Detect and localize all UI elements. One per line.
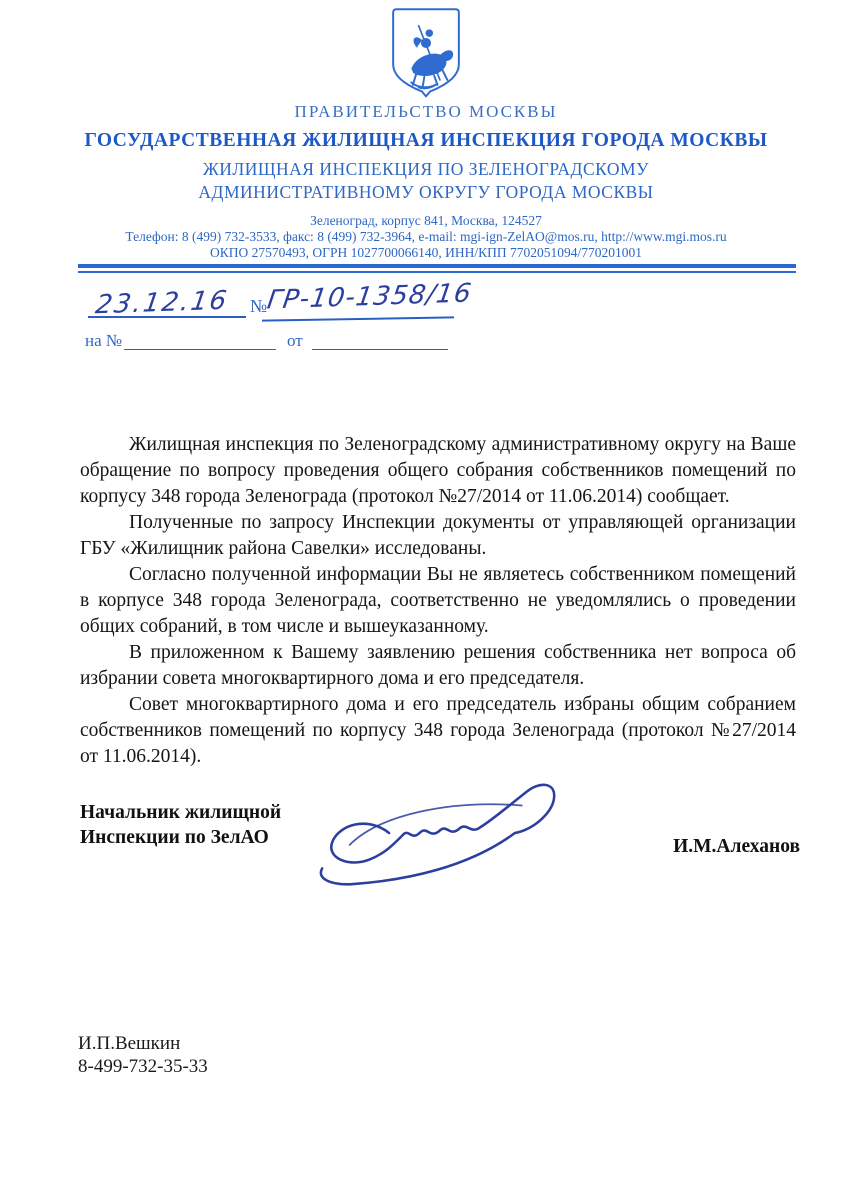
executor-name: И.П.Вешкин	[78, 1032, 208, 1055]
paragraph-5: Совет многоквартирного дома и его предсе…	[80, 692, 796, 770]
number-underline	[262, 316, 454, 321]
reply-number-blank-line	[124, 349, 276, 350]
organization-name: ГОСУДАРСТВЕННАЯ ЖИЛИЩНАЯ ИНСПЕКЦИЯ ГОРОД…	[0, 130, 852, 152]
moscow-coat-of-arms-icon	[384, 6, 468, 98]
date-underline	[88, 316, 246, 318]
paragraph-4: В приложенном к Вашему заявлению решения…	[80, 640, 796, 692]
handwritten-outgoing-number: ГР-10-1358/16	[265, 278, 473, 315]
reply-to-number-label: на №	[85, 331, 122, 351]
signature-block: Начальник жилищной Инспекции по ЗелАО И.…	[80, 800, 800, 910]
letterhead: ПРАВИТЕЛЬСТВО МОСКВЫ ГОСУДАРСТВЕННАЯ ЖИЛ…	[0, 6, 852, 261]
executor-phone: 8-499-732-35-33	[78, 1055, 208, 1078]
org-registration-codes: ОКПО 27570493, ОГРН 1027700066140, ИНН/К…	[0, 245, 852, 261]
paragraph-1: Жилищная инспекция по Зеленоградскому ад…	[80, 432, 796, 510]
signer-name: И.М.Алеханов	[673, 836, 800, 858]
executor-block: И.П.Вешкин 8-499-732-35-33	[78, 1032, 208, 1078]
handwritten-signature-icon	[288, 776, 608, 894]
government-line: ПРАВИТЕЛЬСТВО МОСКВЫ	[0, 102, 852, 122]
division-name: ЖИЛИЩНАЯ ИНСПЕКЦИЯ ПО ЗЕЛЕНОГРАДСКОМУ АД…	[0, 158, 852, 204]
division-line1: ЖИЛИЩНАЯ ИНСПЕКЦИЯ ПО ЗЕЛЕНОГРАДСКОМУ	[0, 158, 852, 181]
letter-page: ПРАВИТЕЛЬСТВО МОСКВЫ ГОСУДАРСТВЕННАЯ ЖИЛ…	[0, 0, 852, 1200]
org-contacts: Телефон: 8 (499) 732-3533, факс: 8 (499)…	[0, 229, 852, 245]
paragraph-2: Полученные по запросу Инспекции документ…	[80, 510, 796, 562]
org-address: Зеленоград, корпус 841, Москва, 124527	[0, 213, 852, 229]
reply-date-blank-line	[312, 349, 448, 350]
division-line2: АДМИНИСТРАТИВНОМУ ОКРУГУ ГОРОДА МОСКВЫ	[0, 181, 852, 204]
paragraph-3: Согласно полученной информации Вы не явл…	[80, 562, 796, 640]
reply-from-date-label: от	[287, 331, 303, 351]
letter-body: Жилищная инспекция по Зеленоградскому ад…	[80, 432, 796, 770]
letterhead-divider	[78, 264, 796, 273]
